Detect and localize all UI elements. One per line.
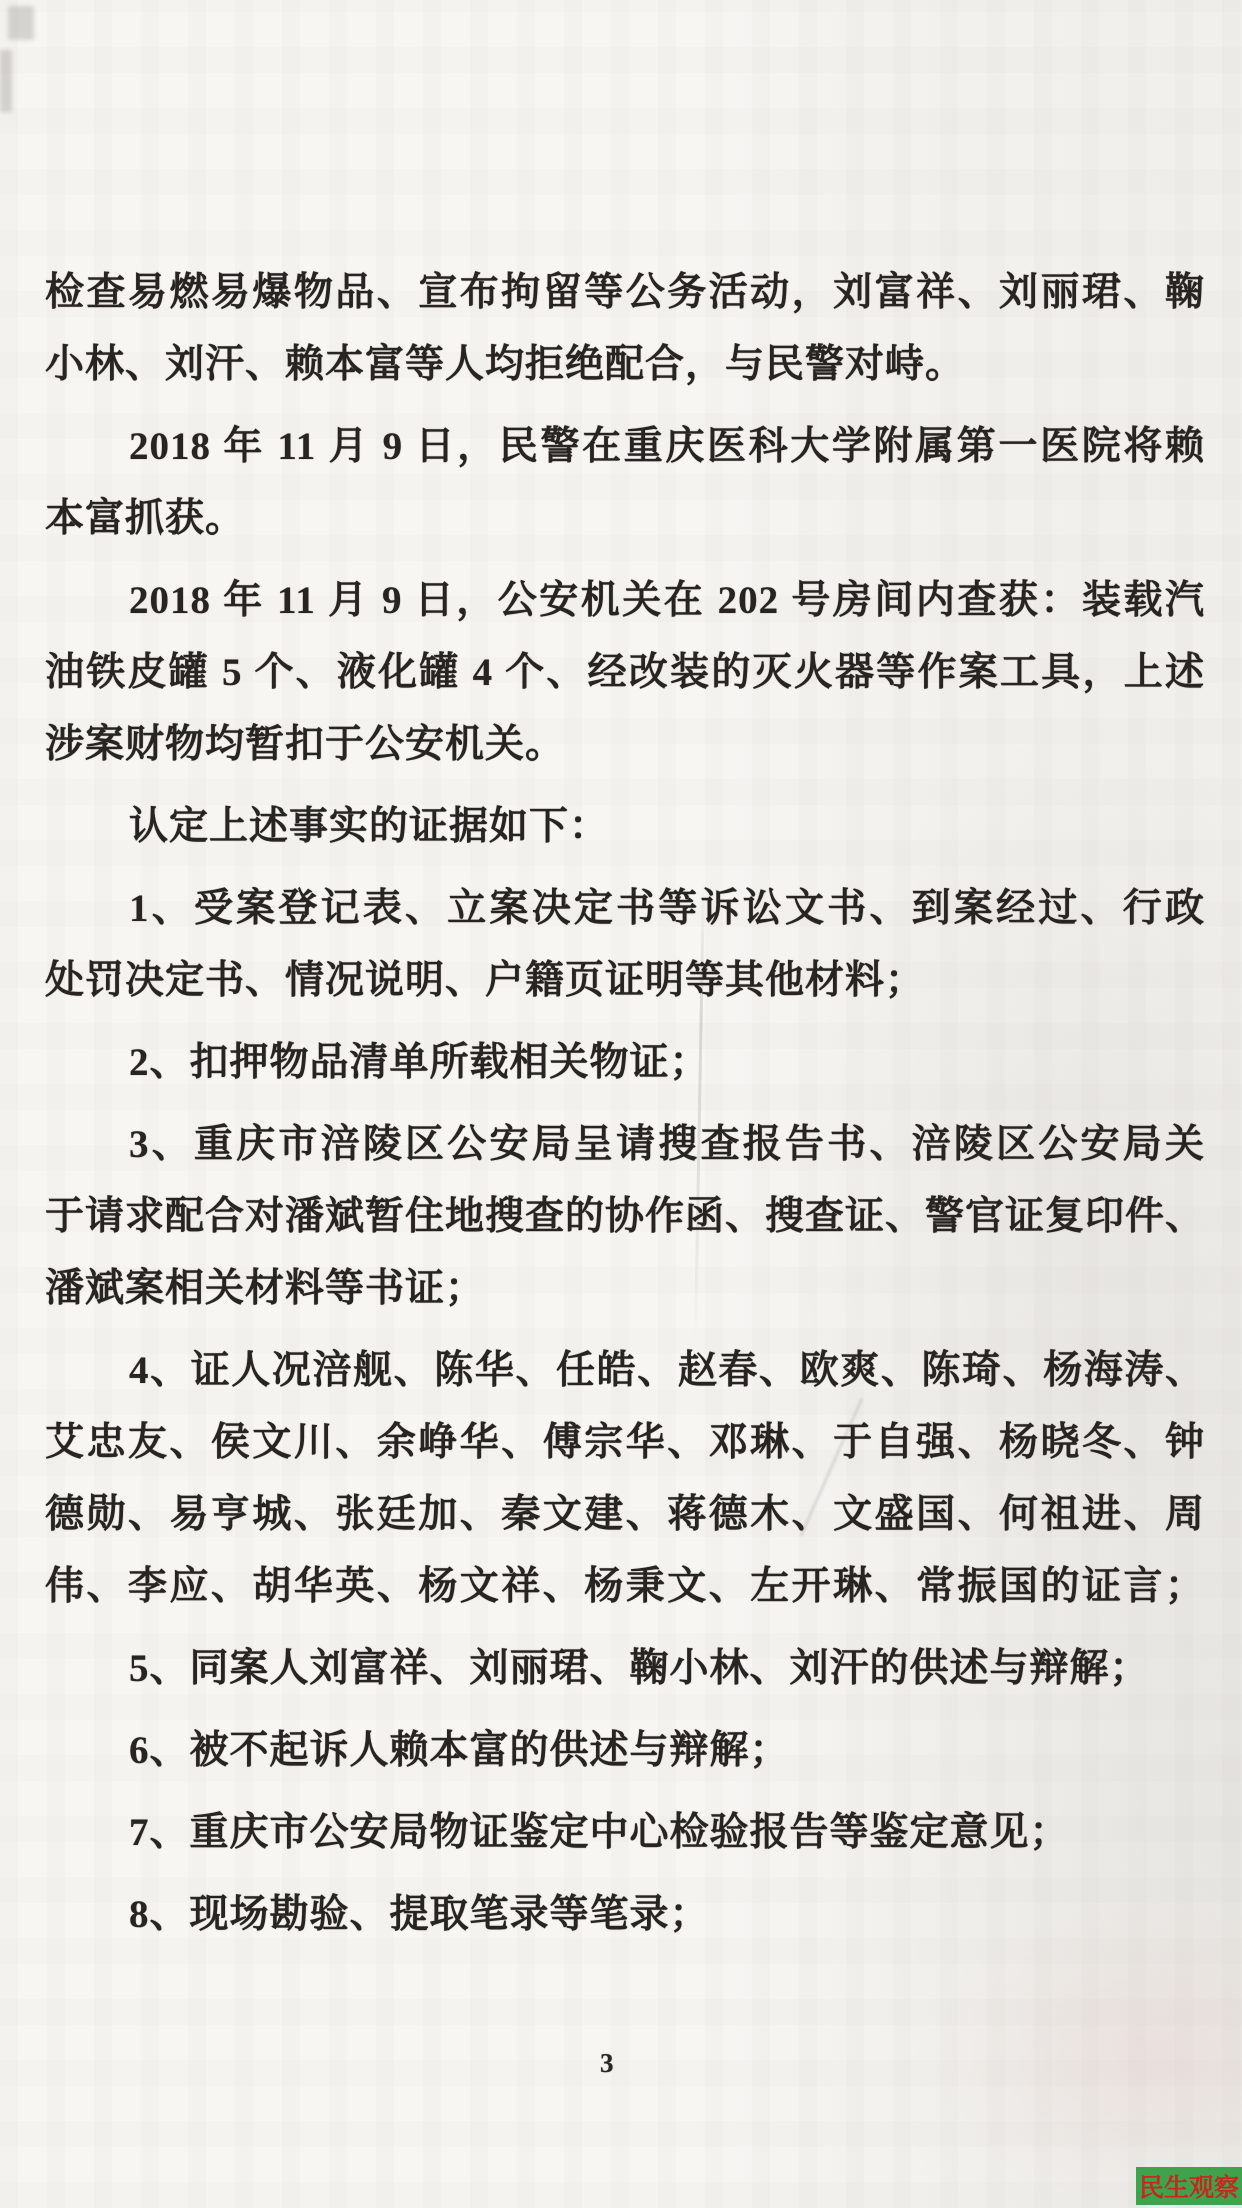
text-line: 2018 年 11 月 9 日，民警在重庆医科大学附属第一医院将赖 [45,411,1205,483]
text-line: 本富抓获。 [45,483,1205,555]
text-line: 3、重庆市涪陵区公安局呈请搜查报告书、涪陵区公安局关 [45,1109,1205,1181]
text-line: 2018 年 11 月 9 日，公安机关在 202 号房间内查获：装载汽 [45,565,1205,637]
text-line: 1、受案登记表、立案决定书等诉讼文书、到案经过、行政 [45,873,1205,945]
text-line: 7、重庆市公安局物证鉴定中心检验报告等鉴定意见； [45,1797,1205,1869]
text-line: 8、现场勘验、提取笔录等笔录； [45,1879,1205,1951]
text-line: 油铁皮罐 5 个、液化罐 4 个、经改装的灭火器等作案工具，上述 [45,637,1205,709]
text-line: 2、扣押物品清单所载相关物证； [45,1027,1205,1099]
document-body: 检查易燃易爆物品、宣布拘留等公务活动，刘富祥、刘丽珺、鞠 小林、刘汗、赖本富等人… [0,0,1242,1951]
text-line: 伟、李应、胡华英、杨文祥、杨秉文、左开琳、常振国的证言； [45,1551,1205,1623]
watermark-badge: 民生观察 [1136,2167,1242,2205]
text-line: 潘斌案相关材料等书证； [45,1253,1205,1325]
text-line: 5、同案人刘富祥、刘丽珺、鞠小林、刘汗的供述与辩解； [45,1633,1205,1705]
text-line: 认定上述事实的证据如下： [45,791,1205,863]
text-line: 涉案财物均暂扣于公安机关。 [45,709,1205,781]
scanned-document-page: 检查易燃易爆物品、宣布拘留等公务活动，刘富祥、刘丽珺、鞠 小林、刘汗、赖本富等人… [0,0,1242,2208]
text-line: 小林、刘汗、赖本富等人均拒绝配合，与民警对峙。 [45,329,1205,401]
text-line: 于请求配合对潘斌暂住地搜查的协作函、搜查证、警官证复印件、 [45,1181,1205,1253]
text-line: 德勋、易亨城、张廷加、秦文建、蒋德木、文盛国、何祖进、周 [45,1479,1205,1551]
text-line: 6、被不起诉人赖本富的供述与辩解； [45,1715,1205,1787]
text-line: 4、证人况涪舰、陈华、任皓、赵春、欧爽、陈琦、杨海涛、 [45,1335,1205,1407]
text-line: 处罚决定书、情况说明、户籍页证明等其他材料； [45,945,1205,1017]
page-number: 3 [600,2048,614,2079]
text-line: 艾忠友、侯文川、余峥华、傅宗华、邓琳、于自强、杨晓冬、钟 [45,1407,1205,1479]
text-line: 检查易燃易爆物品、宣布拘留等公务活动，刘富祥、刘丽珺、鞠 [45,257,1205,329]
watermark-text: 民生观察 [1139,2168,1239,2204]
